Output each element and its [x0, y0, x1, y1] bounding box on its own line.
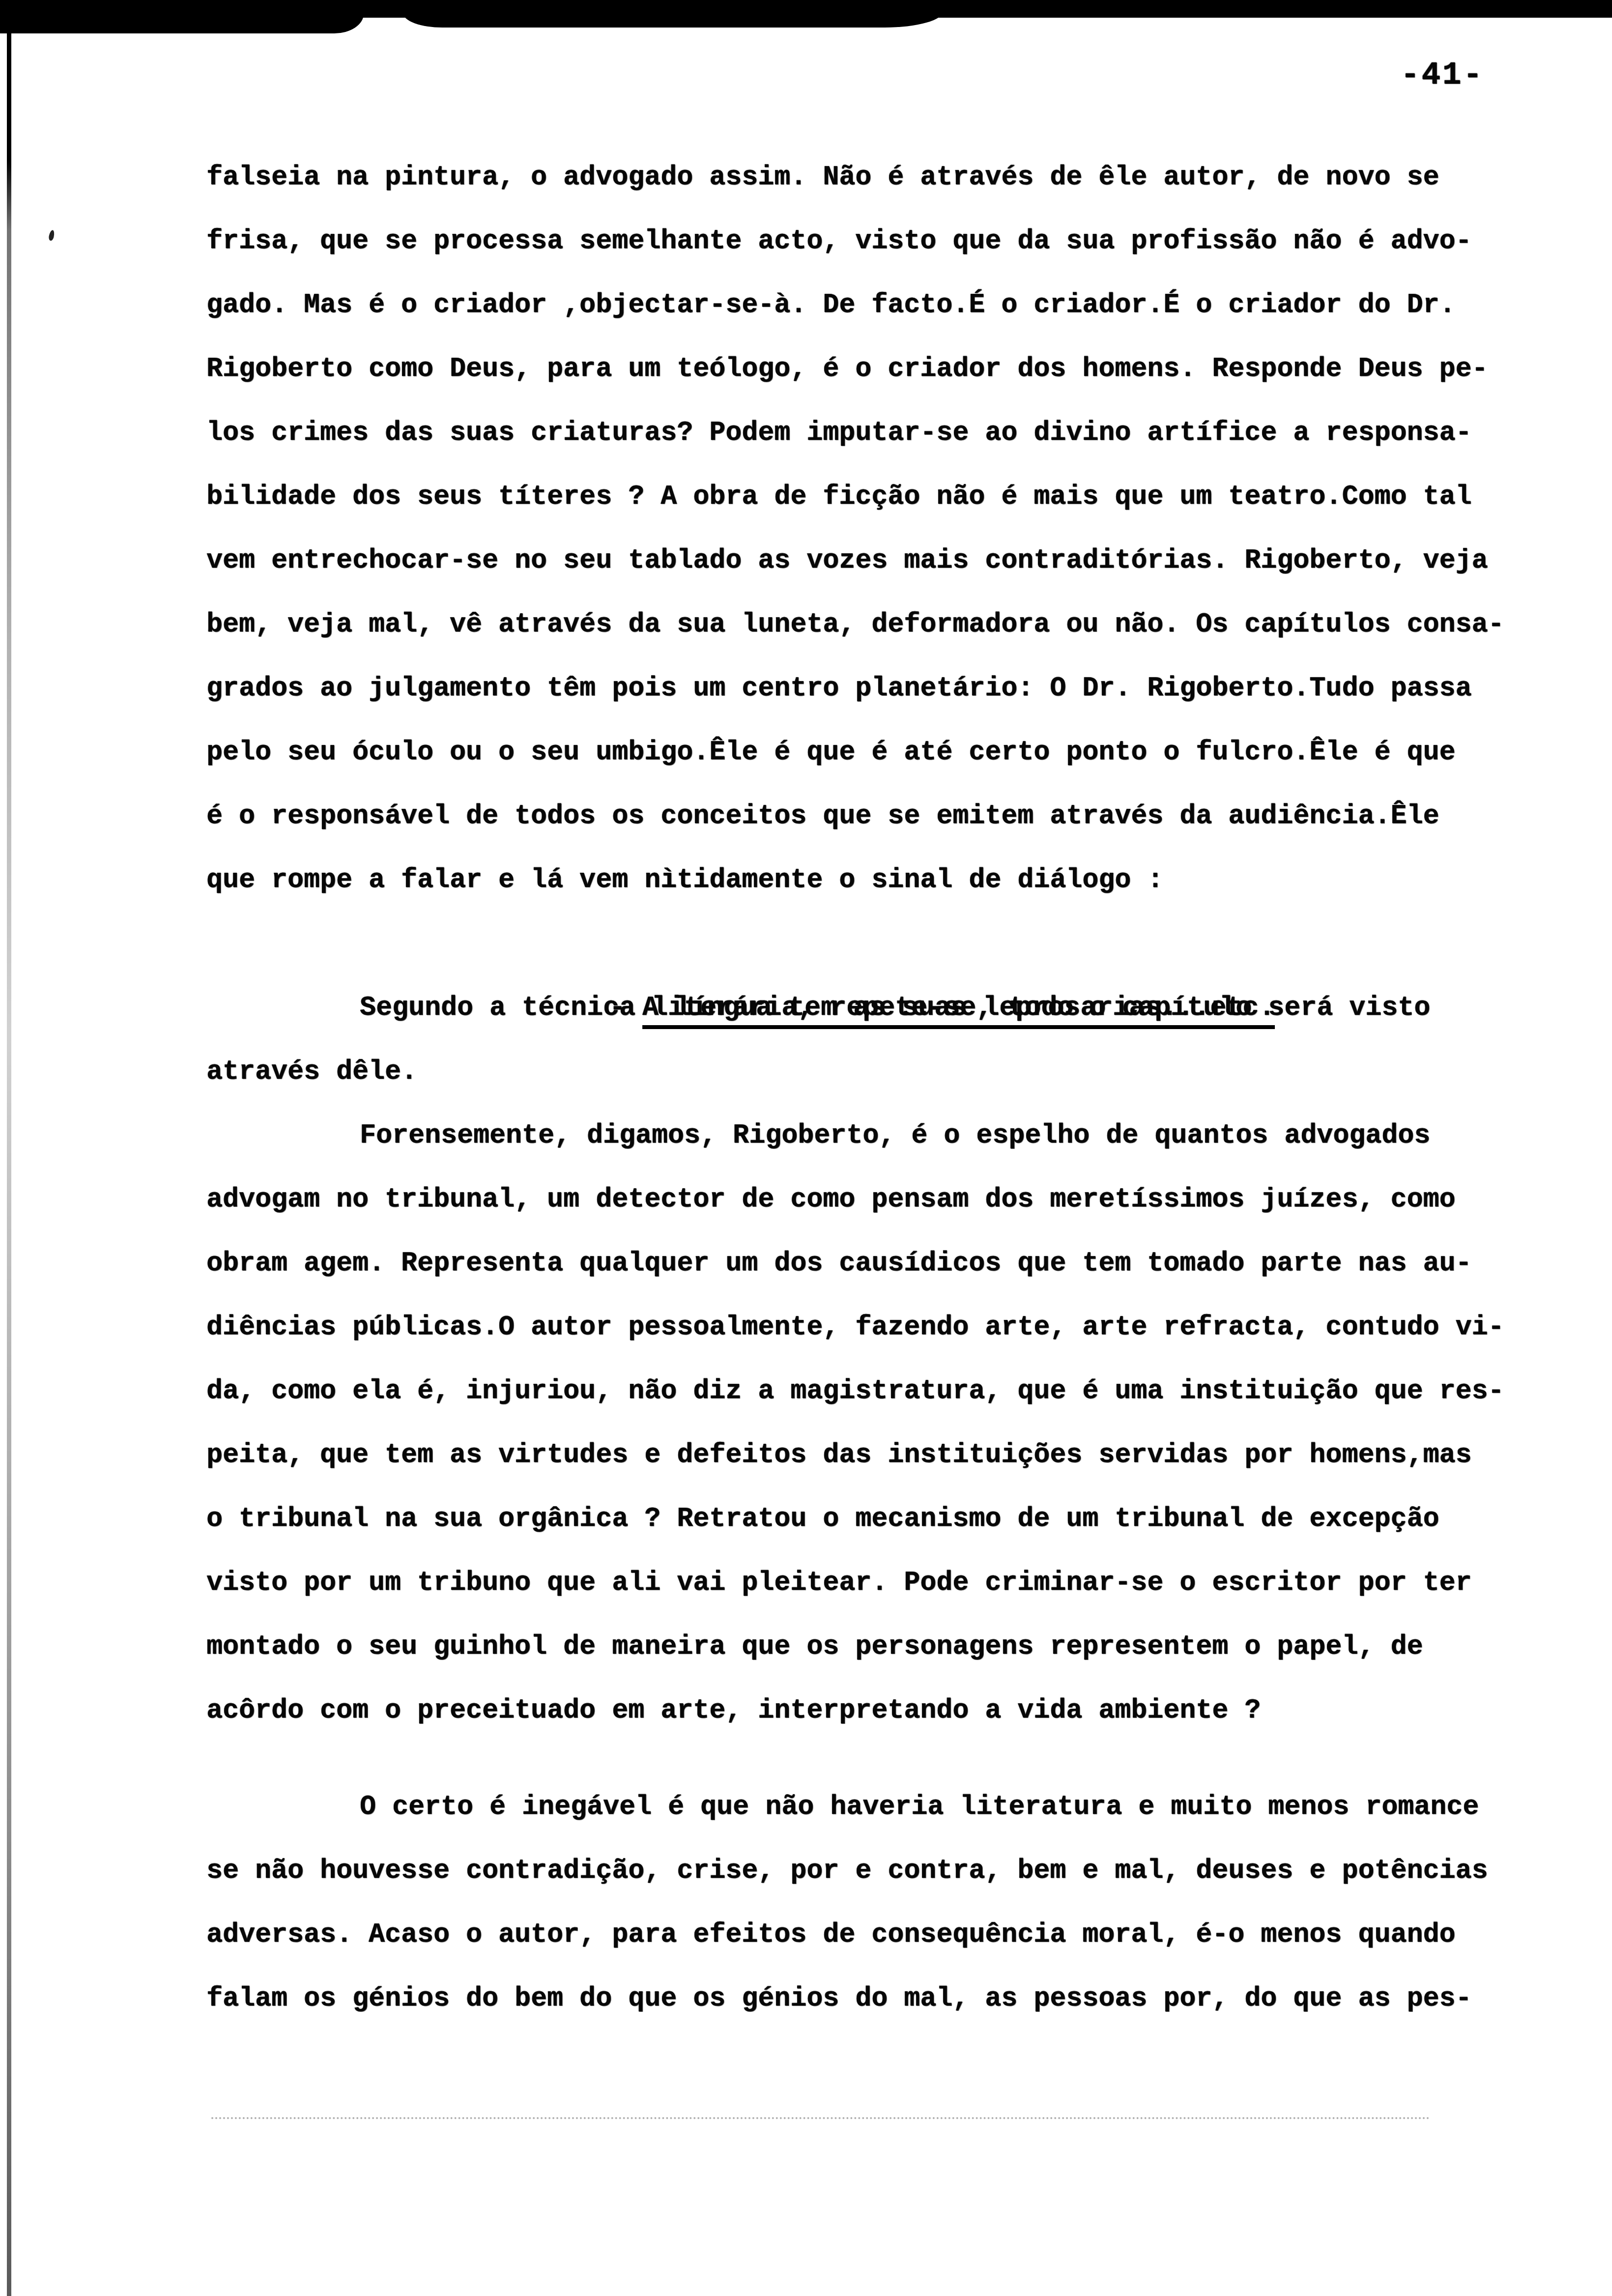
faded-dotted-separator	[211, 2117, 1430, 2119]
typed-text-block: falseia na pintura, o advogado assim. Nã…	[206, 145, 1543, 2031]
typed-line: que rompe a falar e lá vem nìtidamente o…	[206, 848, 1543, 912]
typed-line: falseia na pintura, o advogado assim. Nã…	[206, 145, 1543, 209]
typed-line: gado. Mas é o criador ,objectar-se-à. De…	[206, 273, 1543, 337]
typed-line: através dêle.	[206, 1040, 1543, 1104]
typed-line: advogam no tribunal, um detector de como…	[206, 1168, 1543, 1232]
scan-artifact-top-blob-mid	[403, 0, 944, 28]
scan-speck	[48, 230, 55, 241]
typed-line: grados ao julgamento têm pois um centro …	[206, 657, 1543, 720]
typed-line: montado o seu guinhol de maneira que os …	[206, 1615, 1543, 1679]
document-page: -41- falseia na pintura, o advogado assi…	[0, 0, 1612, 2296]
typed-line: se não houvesse contradição, crise, por …	[206, 1839, 1543, 1903]
typed-line: falam os génios do bem do que os génios …	[206, 1967, 1543, 2031]
typed-line: da, como ela é, injuriou, não diz a magi…	[206, 1359, 1543, 1423]
typed-line: Rigoberto como Deus, para um teólogo, é …	[206, 337, 1543, 401]
typed-line: adversas. Acaso o autor, para efeitos de…	[206, 1903, 1543, 1967]
dialogue-quote-line: -A língua tem as suas leprosarias...etc.	[206, 912, 1543, 976]
typed-line: acôrdo com o preceituado em arte, interp…	[206, 1679, 1543, 1743]
typed-line: é o responsável de todos os conceitos qu…	[206, 784, 1543, 848]
typed-line: frisa, que se processa semelhante acto, …	[206, 209, 1543, 273]
typed-line: Forensemente, digamos, Rigoberto, é o es…	[206, 1104, 1543, 1168]
scan-artifact-left-edge-line	[7, 0, 11, 2296]
typed-line: visto por um tribuno que ali vai pleitea…	[206, 1551, 1543, 1615]
typed-line: peita, que tem as virtudes e defeitos da…	[206, 1423, 1543, 1487]
typed-line: diências públicas.O autor pessoalmente, …	[206, 1295, 1543, 1359]
typed-line: vem entrechocar-se no seu tablado as voz…	[206, 529, 1543, 593]
typed-line: pelo seu óculo ou o seu umbigo.Êle é que…	[206, 720, 1543, 784]
typed-line: Segundo a técnica literária, repete-se, …	[206, 976, 1543, 1040]
typed-line: O certo é inegável é que não haveria lit…	[206, 1775, 1543, 1839]
typed-line: bilidade dos seus títeres ? A obra de fi…	[206, 465, 1543, 529]
page-number: -41-	[1401, 58, 1484, 93]
scan-artifact-top-blob-left	[0, 0, 364, 33]
typed-line: los crimes das suas criaturas? Podem imp…	[206, 401, 1543, 465]
typed-line: o tribunal na sua orgânica ? Retratou o …	[206, 1487, 1543, 1551]
typed-line: obram agem. Representa qualquer um dos c…	[206, 1232, 1543, 1295]
typed-line: bem, veja mal, vê através da sua luneta,…	[206, 593, 1543, 657]
